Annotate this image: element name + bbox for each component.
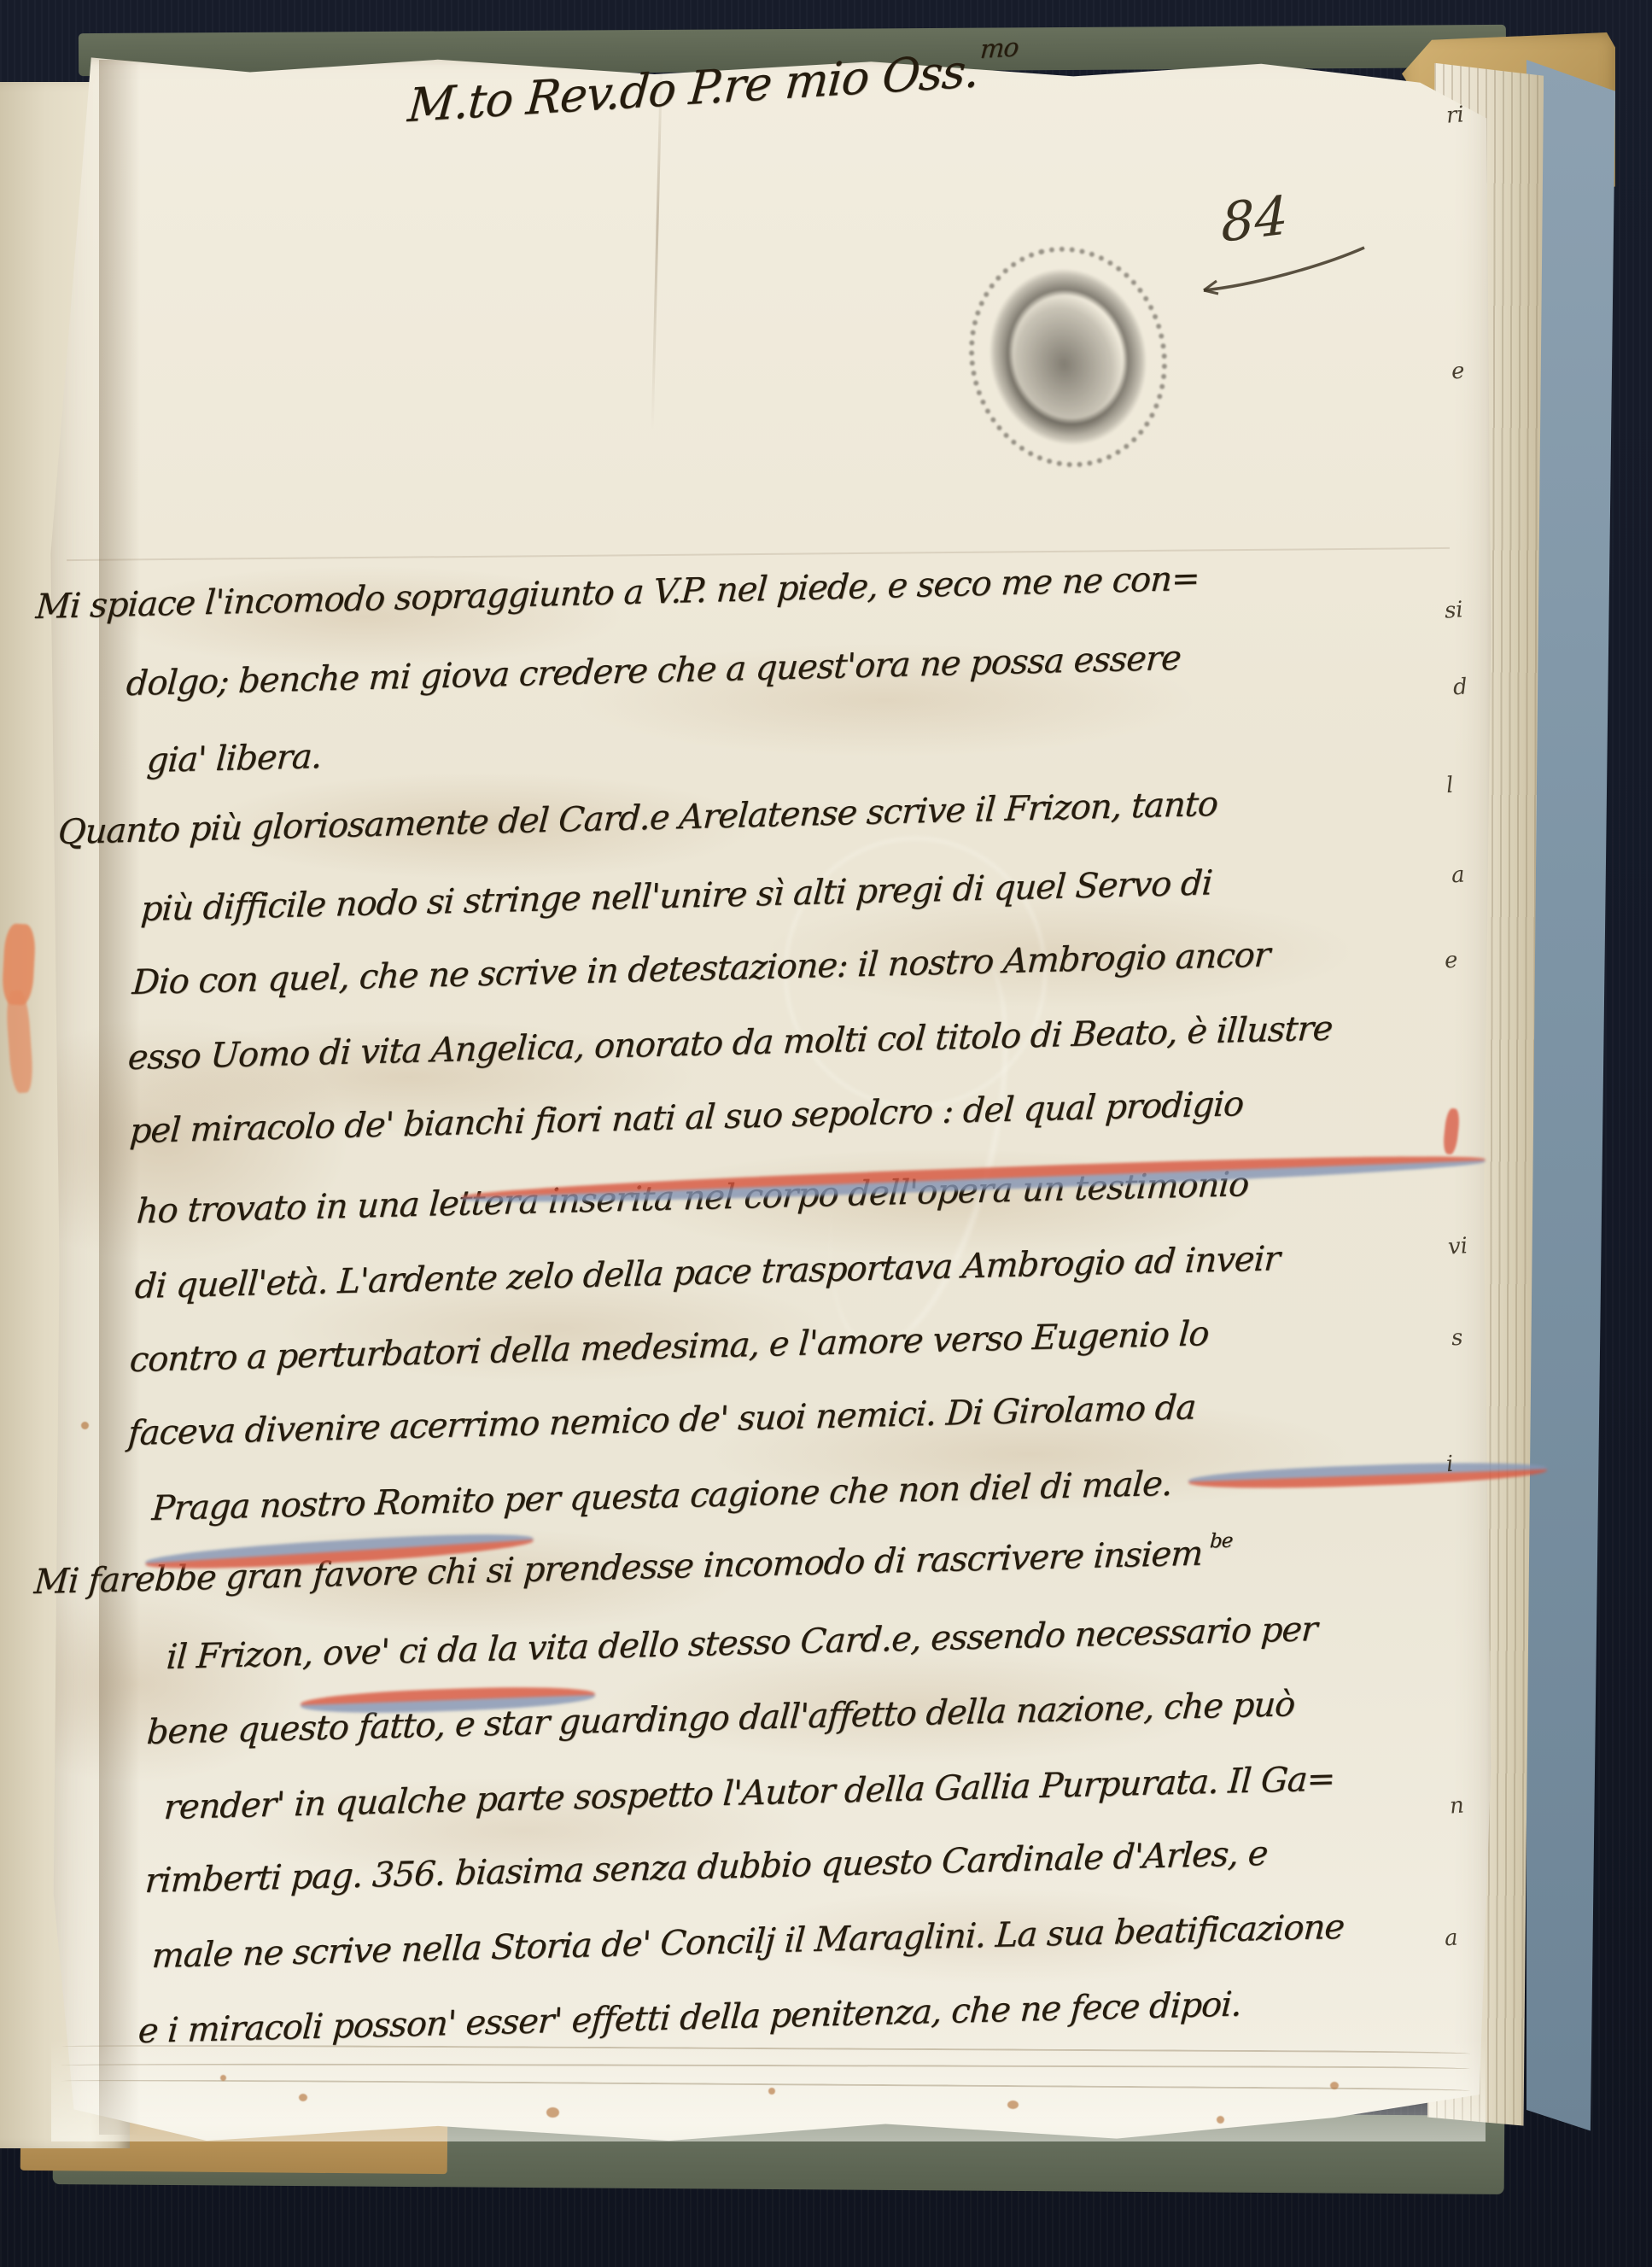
interlinear-superscript: be [1209, 1530, 1233, 1553]
edge-ink-fragment: e [1444, 947, 1458, 973]
fox-spot [546, 2107, 559, 2118]
salutation-superscript: mo [979, 32, 1019, 65]
edge-ink-fragment: ri [1445, 102, 1465, 128]
edge-ink-fragment: a [1444, 1925, 1459, 1951]
text-line: gia' libera. [146, 737, 323, 780]
fox-spot [299, 2094, 307, 2101]
photograph-backdrop: M.to Rev.do P.re mio Oss.mo 84 Mi spiace… [0, 0, 1652, 2267]
fox-spot [81, 1422, 89, 1429]
edge-ink-fragment: d [1452, 674, 1468, 700]
fox-spot [768, 2088, 775, 2095]
edge-ink-fragment: e [1451, 358, 1465, 384]
fox-spot [1007, 2100, 1019, 2109]
edge-ink-fragment: si [1444, 597, 1464, 623]
edge-ink-fragment: vi [1447, 1233, 1468, 1260]
fox-spot [1217, 2116, 1224, 2124]
edge-ink-fragment: a [1451, 862, 1466, 888]
folio-underline-swash-icon [1194, 241, 1373, 309]
gutter-shadow [99, 60, 140, 2135]
edge-ink-fragment: s [1451, 1325, 1463, 1352]
fox-spot [1330, 2082, 1339, 2089]
edge-ink-fragment: n [1449, 1792, 1465, 1819]
fox-spot [220, 2075, 226, 2081]
